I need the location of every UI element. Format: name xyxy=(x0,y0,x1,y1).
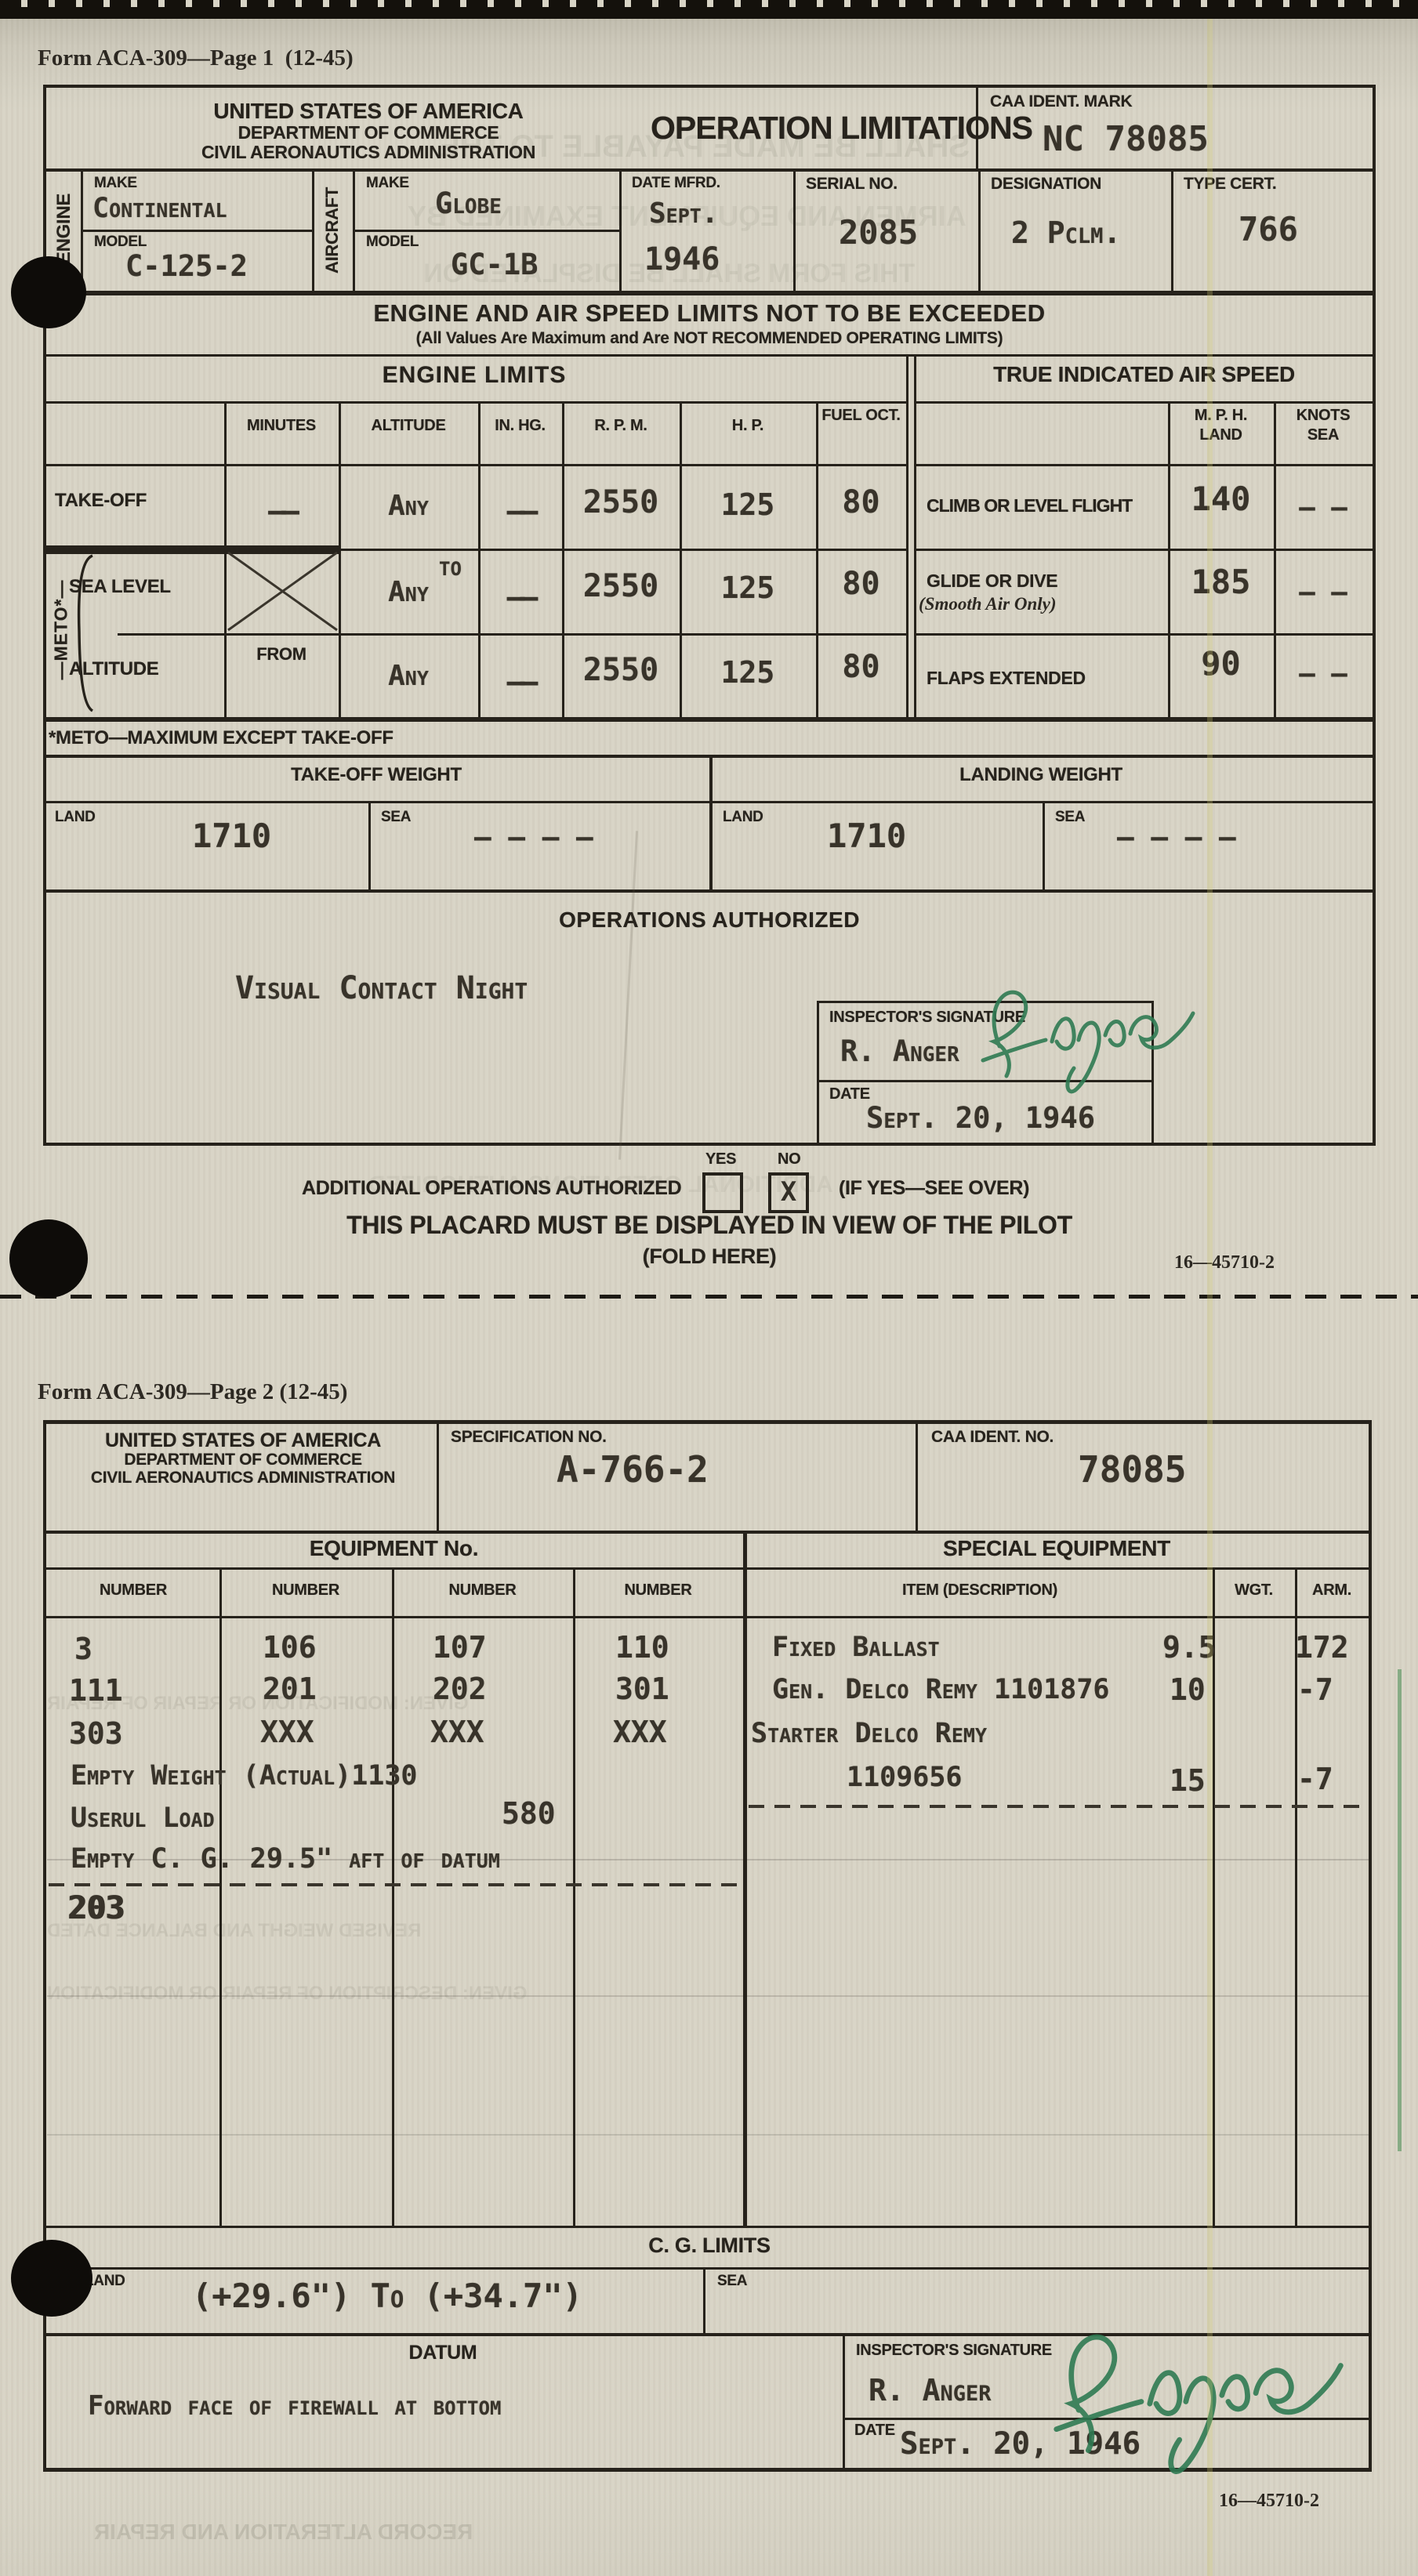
aircraft-side-label: AIRCRAFT xyxy=(322,183,343,277)
engine-make-label: MAKE xyxy=(94,175,137,192)
altitude-inhg: –– xyxy=(478,665,562,699)
page2-print-code: 16—45710-2 xyxy=(1219,2491,1319,2512)
stamp-203: 203 xyxy=(67,1890,124,1926)
equipment-number: XXX xyxy=(260,1715,314,1749)
if-yes-note: (IF YES—SEE OVER) xyxy=(839,1177,1029,1200)
altitude-rpm: 2550 xyxy=(562,652,680,688)
landing-sea-label: SEA xyxy=(1055,809,1085,826)
empty-weight-line: Empty Weight (Actual)1130 xyxy=(71,1760,418,1792)
caa-ident-mark-value: NC 78085 xyxy=(1043,119,1209,159)
landing-weight-title: LANDING WEIGHT xyxy=(709,764,1373,786)
equipment-number: XXX xyxy=(613,1715,667,1749)
type-cert-label: TYPE CERT. xyxy=(1184,175,1276,194)
equipment-number: 3 xyxy=(74,1632,92,1666)
date-value: Sept. 20, 1946 xyxy=(866,1101,1095,1135)
agency-name: UNITED STATES OF AMERICA xyxy=(59,1429,427,1452)
landing-land-label: LAND xyxy=(723,809,763,826)
tias-glide-label: GLIDE OR DIVE xyxy=(927,571,1057,592)
tias-glide-knots: – – xyxy=(1274,577,1373,608)
number-col-header: NUMBER xyxy=(47,1581,219,1600)
arm-header: ARM. xyxy=(1295,1581,1369,1600)
limits-subheading: (All Values Are Maximum and Are NOT RECO… xyxy=(200,329,1219,348)
limits-heading: ENGINE AND AIR SPEED LIMITS NOT TO BE EX… xyxy=(121,299,1297,328)
special-item-wgt: 9.5 xyxy=(1162,1630,1217,1665)
scan-streak-green xyxy=(1398,1669,1402,2151)
equipment-number: 303 xyxy=(69,1716,123,1751)
tias-flaps-knots: – – xyxy=(1274,658,1373,690)
row-takeoff-label: TAKE-OFF xyxy=(55,490,147,512)
datum-value: Forward face of firewall at bottom xyxy=(88,2390,501,2422)
microfilm-edge-strip xyxy=(0,0,1418,19)
equipment-number: 106 xyxy=(263,1630,317,1665)
meto-note: *METO—MAXIMUM EXCEPT TAKE-OFF xyxy=(49,727,393,749)
wgt-header: WGT. xyxy=(1213,1581,1295,1600)
equipment-number: XXX xyxy=(430,1715,484,1749)
bleed-through-text: RECORD ALTERATION AND REPAIR xyxy=(94,2520,473,2545)
agency-admin: CIVIL AERONAUTICS ADMINISTRATION xyxy=(59,1469,427,1487)
scanned-form-aca-309: Form ACA-309—Page 1 (12-45) SHALL BE MAD… xyxy=(0,0,1418,2576)
useful-load-label: Userul Load xyxy=(71,1802,215,1834)
aircraft-make-value: Globe xyxy=(435,187,502,220)
col-header-altitude: ALTITUDE xyxy=(339,417,478,435)
bleed-through-text: GIVEN: DESCRIPTION OF REPAIR OR MODIFICA… xyxy=(47,1983,527,2005)
caa-ident-no-value: 78085 xyxy=(1078,1448,1186,1491)
landing-sea-value: – – – – xyxy=(1117,821,1236,853)
item-description-header: ITEM (DESCRIPTION) xyxy=(747,1581,1213,1600)
special-item: Starter Delco Remy xyxy=(751,1718,987,1749)
takeoff-inhg: –– xyxy=(478,494,562,528)
film-perforations xyxy=(0,0,1418,7)
inspector-name-typed: R. Anger xyxy=(840,1034,959,1068)
number-col-header: NUMBER xyxy=(219,1581,392,1600)
tias-flaps-mph: 90 xyxy=(1168,644,1274,683)
meto-brace xyxy=(69,553,100,713)
operations-authorized-value: Visual Contact Night xyxy=(235,970,528,1006)
special-item: Gen. Delco Remy 1101876 xyxy=(772,1674,1109,1705)
equipment-number: 202 xyxy=(433,1672,487,1706)
engine-model-label: MODEL xyxy=(94,234,147,251)
caa-ident-mark-label: CAA IDENT. MARK xyxy=(990,92,1132,111)
equipment-number: 110 xyxy=(615,1630,669,1665)
sealevel-inhg: –– xyxy=(478,580,562,614)
special-item-wgt: 15 xyxy=(1170,1763,1206,1798)
altitude-fuel: 80 xyxy=(816,649,906,685)
agency-name: UNITED STATES OF AMERICA xyxy=(94,99,643,124)
special-item: 1109656 xyxy=(847,1762,963,1793)
takeoff-land-label: LAND xyxy=(55,809,96,826)
yes-label: YES xyxy=(705,1150,736,1168)
col-header-inhg: IN. HG. xyxy=(478,417,562,435)
date-label: DATE xyxy=(829,1085,870,1103)
tias-climb-knots: – – xyxy=(1274,492,1373,524)
tias-climb-label: CLIMB OR LEVEL FLIGHT xyxy=(927,495,1132,516)
no-label: NO xyxy=(778,1150,800,1168)
takeoff-sea-value: – – – – xyxy=(474,821,593,853)
no-checkbox-checked: X xyxy=(768,1172,809,1213)
caa-ident-no-label: CAA IDENT. NO. xyxy=(931,1428,1054,1447)
crease-mark xyxy=(618,831,638,1160)
operations-authorized-heading: OPERATIONS AUTHORIZED xyxy=(200,908,1219,933)
aircraft-model-label: MODEL xyxy=(366,234,419,251)
altitude-minutes-note: FROM xyxy=(224,644,339,665)
col-header-rpm: R. P. M. xyxy=(562,417,680,435)
useful-load-value: 580 xyxy=(502,1796,556,1831)
bleed-through-text: SHALL BE MADE PAYABLE TO THE xyxy=(439,129,970,165)
bleed-through-text: ADDITIONAL OPERATIONS AUTHORIZED xyxy=(368,1172,833,1198)
engine-limits-title: ENGINE LIMITS xyxy=(200,362,749,389)
col-header-fuel: FUEL OCT. xyxy=(820,406,902,426)
equipment-number: 111 xyxy=(69,1673,123,1708)
special-equipment-heading: SPECIAL EQUIPMENT xyxy=(745,1536,1369,1561)
equipment-number: 301 xyxy=(615,1672,669,1706)
tias-title: TRUE INDICATED AIR SPEED xyxy=(916,362,1373,387)
number-col-header: NUMBER xyxy=(573,1581,743,1600)
designation-value: 2 Pclm. xyxy=(1011,216,1121,250)
specification-label: SPECIFICATION NO. xyxy=(451,1428,607,1447)
punch-hole xyxy=(11,256,86,328)
inspector-signature-handwriting xyxy=(964,968,1207,1101)
takeoff-sea-label: SEA xyxy=(381,809,411,826)
tias-glide-mph: 185 xyxy=(1168,563,1274,601)
takeoff-fuel: 80 xyxy=(816,484,906,520)
special-dashed-underline xyxy=(749,1805,1367,1808)
empty-cg-line: Empty C. G. 29.5" aft of datum xyxy=(71,1843,500,1875)
equipment-number: 201 xyxy=(263,1672,317,1706)
datum-label: DATUM xyxy=(200,2342,686,2364)
page1-print-code: 16—45710-2 xyxy=(1174,1252,1275,1274)
designation-label: DESIGNATION xyxy=(991,175,1101,194)
sealevel-hp: 125 xyxy=(680,571,816,605)
serial-no-label: SERIAL NO. xyxy=(806,175,898,194)
special-item-arm: 172 xyxy=(1295,1630,1349,1665)
serial-no-value: 2085 xyxy=(839,213,918,252)
typed-dashed-underline xyxy=(49,1883,743,1886)
sealevel-rpm: 2550 xyxy=(562,568,680,604)
engine-make-value: Continental xyxy=(92,193,227,224)
date-mfrd-year: 1946 xyxy=(644,241,720,277)
sealevel-altitude: Any xyxy=(339,576,478,608)
page2-form-number: Form ACA-309—Page 2 (12-45) xyxy=(38,1379,347,1405)
agency-dept: DEPARTMENT OF COMMERCE xyxy=(59,1451,427,1469)
date-label: DATE xyxy=(854,2422,895,2440)
altitude-hp: 125 xyxy=(680,655,816,690)
col-header-mph-land: M. P. H. LAND xyxy=(1173,406,1269,445)
takeoff-weight-title: TAKE-OFF WEIGHT xyxy=(43,764,709,786)
tias-climb-mph: 140 xyxy=(1168,480,1274,518)
placard-line: THIS PLACARD MUST BE DISPLAYED IN VIEW O… xyxy=(121,1211,1297,1240)
aircraft-make-label: MAKE xyxy=(366,175,409,192)
tias-glide-sub: (Smooth Air Only) xyxy=(919,594,1057,614)
takeoff-rpm: 2550 xyxy=(562,484,680,520)
equipment-number: 107 xyxy=(433,1630,487,1665)
takeoff-hp: 125 xyxy=(680,487,816,522)
inspector-signature-label: INSPECTOR'S SIGNATURE xyxy=(856,2342,1052,2360)
specification-value: A-766-2 xyxy=(557,1448,709,1491)
cg-limits-heading: C. G. LIMITS xyxy=(435,2234,984,2258)
yes-checkbox xyxy=(702,1172,743,1213)
special-item-arm: -7 xyxy=(1297,1762,1333,1796)
punch-hole xyxy=(9,1219,88,1298)
special-item-wgt: 10 xyxy=(1170,1672,1206,1707)
special-item: Fixed Ballast xyxy=(772,1632,940,1663)
aircraft-model-value: GC-1B xyxy=(451,248,538,281)
inspector-name-typed: R. Anger xyxy=(869,2373,992,2408)
engine-model-value: C-125-2 xyxy=(125,249,248,283)
altitude-altitude: Any xyxy=(339,660,478,692)
takeoff-altitude: Any xyxy=(339,490,478,522)
col-header-hp: H. P. xyxy=(680,417,816,435)
equipment-heading: EQUIPMENT No. xyxy=(43,1536,745,1561)
page1-form-number: Form ACA-309—Page 1 (12-45) xyxy=(38,45,354,71)
number-col-header: NUMBER xyxy=(392,1581,573,1600)
takeoff-minutes: –– xyxy=(224,494,339,528)
sealevel-fuel: 80 xyxy=(816,566,906,602)
col-header-minutes: MINUTES xyxy=(224,417,339,435)
cg-range-value: (+29.6") To (+34.7") xyxy=(192,2277,582,2315)
fold-here-line: (FOLD HERE) xyxy=(435,1245,984,1269)
crossed-out-cell xyxy=(227,551,339,632)
landing-land-value: 1710 xyxy=(827,817,906,855)
special-item-arm: -7 xyxy=(1297,1672,1333,1707)
cg-sea-label: SEA xyxy=(717,2273,747,2290)
type-cert-value: 766 xyxy=(1238,210,1298,248)
fold-dashed-line xyxy=(0,1295,1418,1299)
punch-hole xyxy=(11,2240,92,2317)
inspector-signature-handwriting xyxy=(1027,2304,1364,2484)
tias-flaps-label: FLAPS EXTENDED xyxy=(927,668,1086,689)
date-mfrd-label: DATE MFRD. xyxy=(632,175,720,192)
col-header-knots-sea: KNOTS SEA xyxy=(1282,406,1365,445)
date-mfrd-month: Sept. xyxy=(649,197,719,230)
takeoff-land-value: 1710 xyxy=(192,817,271,855)
